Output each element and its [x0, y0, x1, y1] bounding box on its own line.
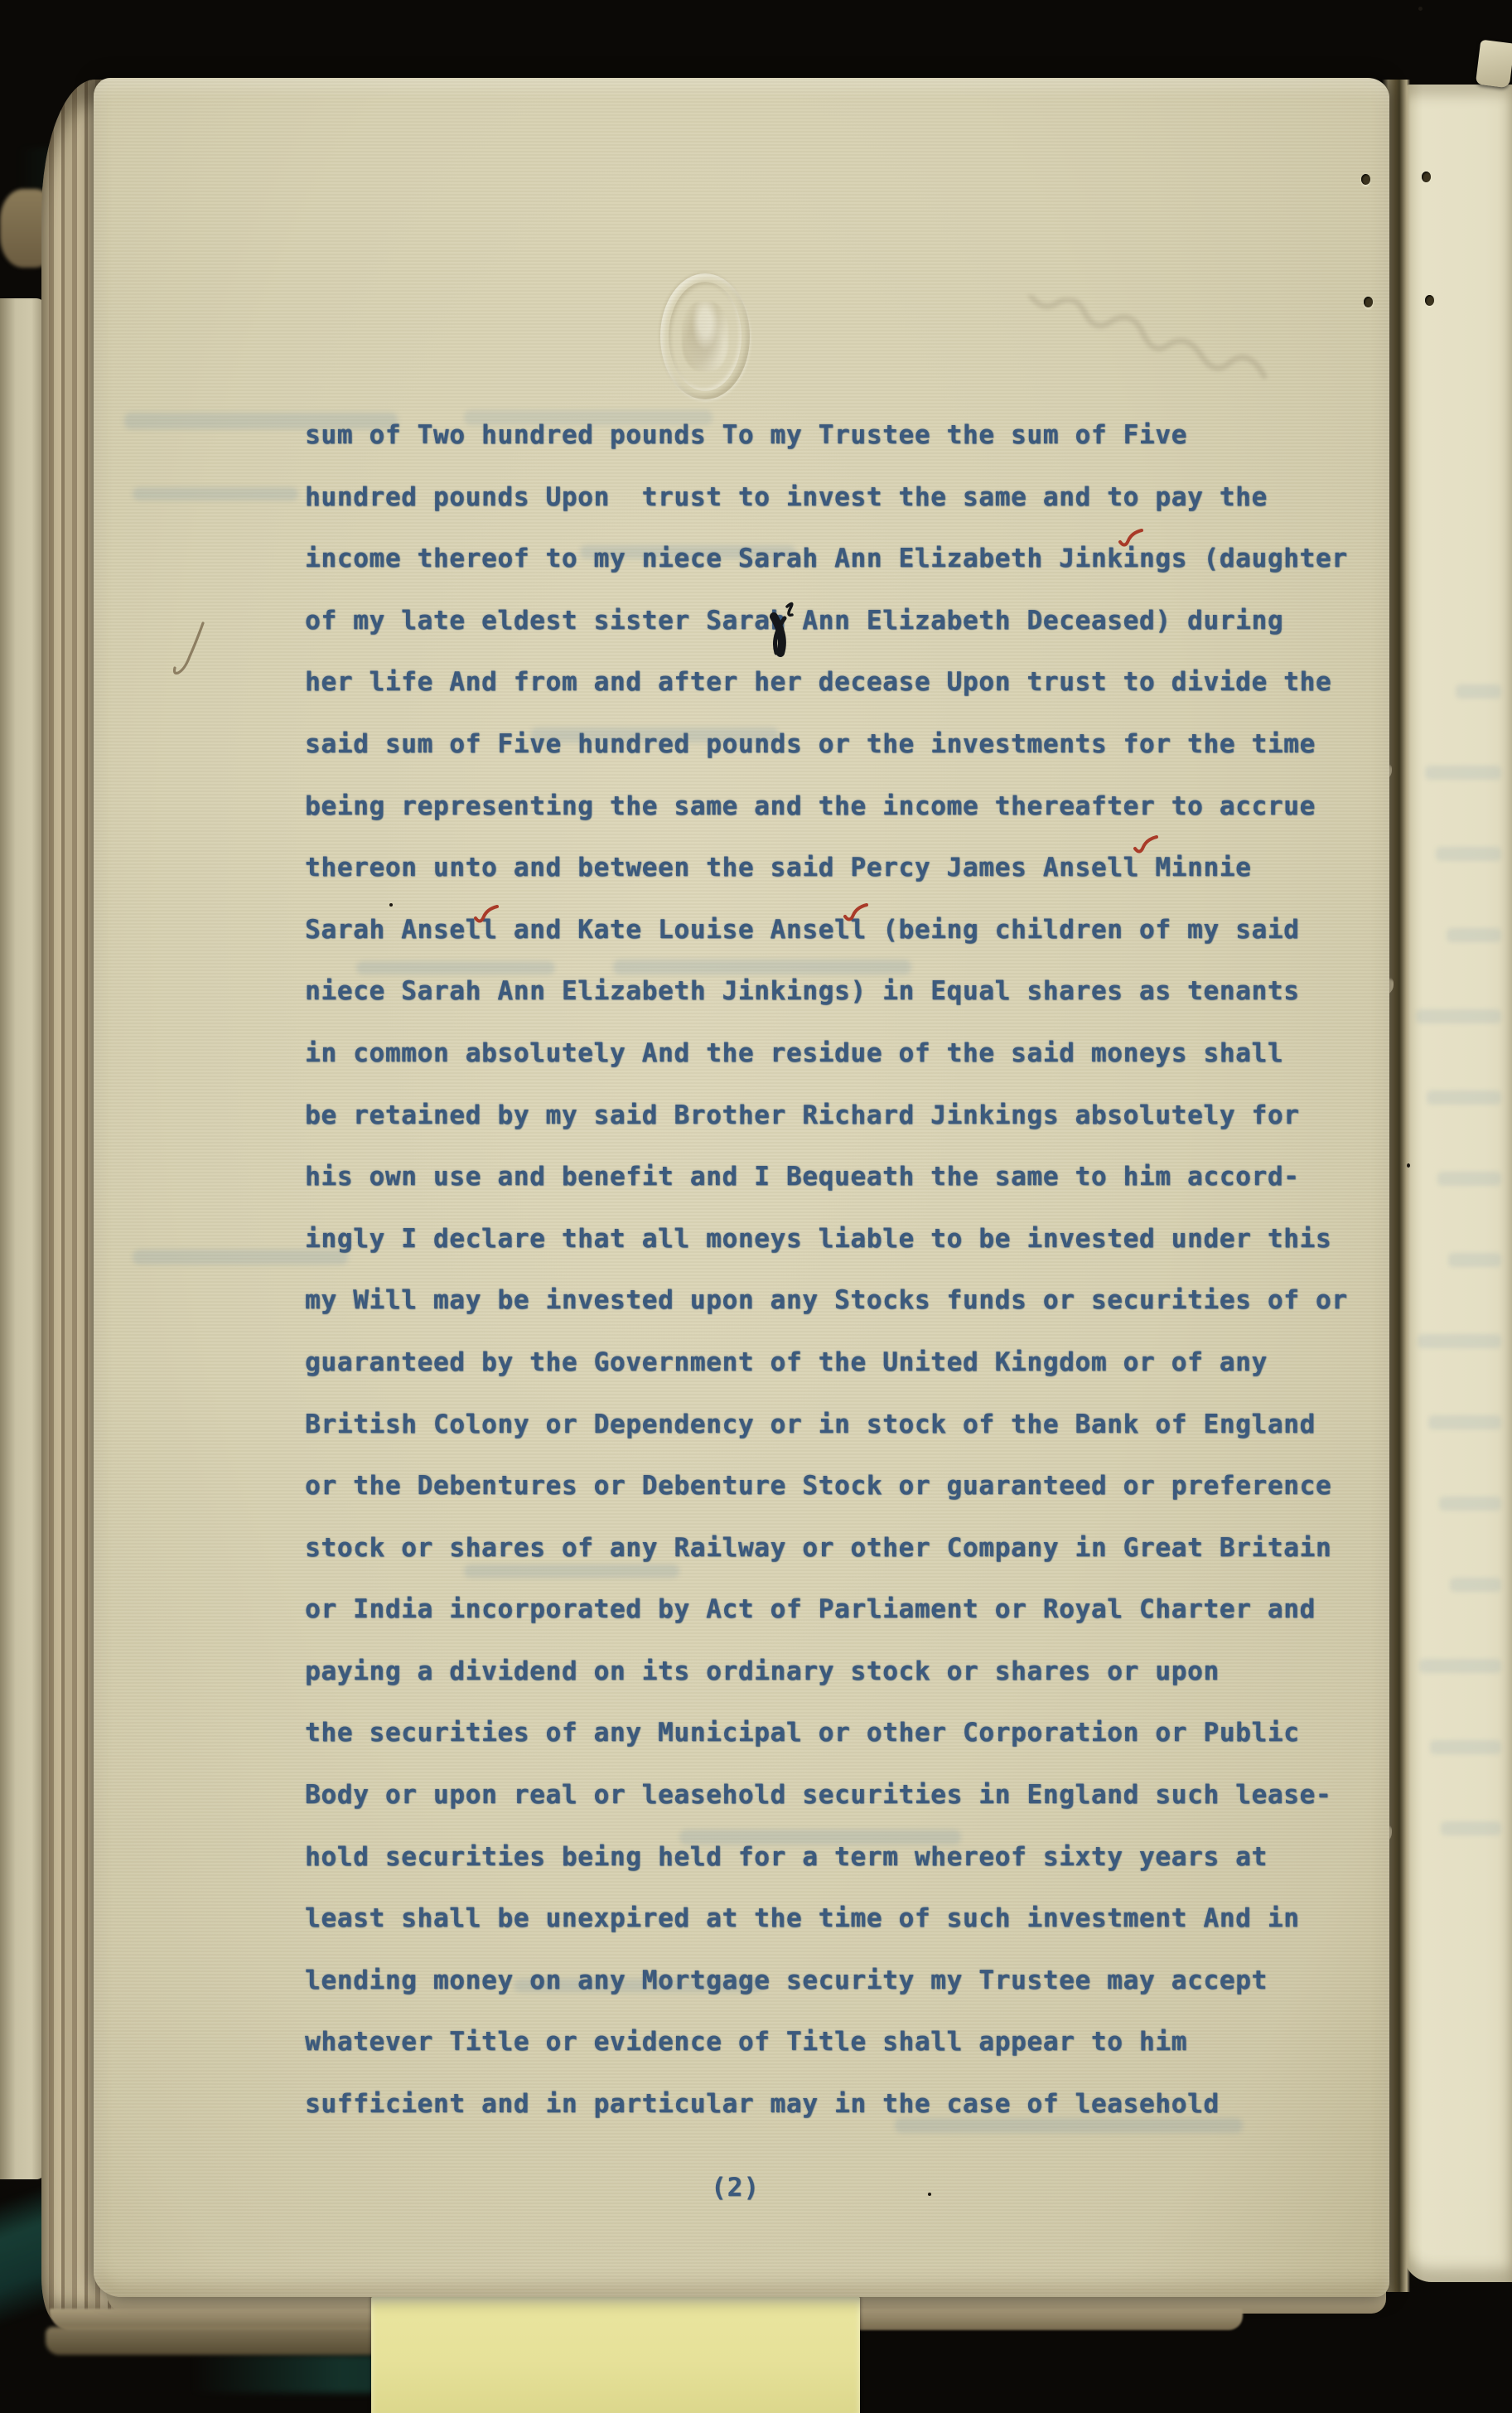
typed-line: stock or shares of any Railway or other … — [305, 1533, 1407, 1595]
typed-line: sum of Two hundred pounds To my Trustee … — [305, 420, 1407, 482]
typed-line: lending money on any Mortgage security m… — [305, 1966, 1407, 2028]
typed-line: hold securities being held for a term wh… — [305, 1842, 1407, 1904]
bleed-through-smudge — [1418, 1334, 1501, 1348]
ink-scribble-mark — [754, 600, 804, 660]
bleed-through-smudge — [1441, 1821, 1501, 1835]
bleed-through-smudge — [1439, 1497, 1501, 1511]
punch-hole — [1364, 297, 1373, 307]
typed-line: whatever Title or evidence of Title shal… — [305, 2027, 1407, 2089]
punch-hole — [1422, 172, 1431, 182]
red-tick-mark — [1132, 834, 1162, 860]
typed-line: guaranteed by the Government of the Unit… — [305, 1347, 1407, 1410]
scanned-will-page-photo: sum of Two hundred pounds To my Trustee … — [0, 0, 1512, 2413]
red-tick-mark — [1117, 527, 1147, 554]
typed-line: or India incorporated by Act of Parliame… — [305, 1594, 1407, 1656]
bleed-through-smudge — [1430, 1740, 1501, 1754]
typed-lines: sum of Two hundred pounds To my Trustee … — [305, 420, 1407, 2151]
dust-speck — [1407, 1163, 1410, 1168]
typed-line: my Will may be invested upon any Stocks … — [305, 1285, 1407, 1347]
bleed-through-smudge — [1447, 928, 1501, 942]
typed-line: British Colony or Dependency or in stock… — [305, 1410, 1407, 1472]
typed-line: sufficient and in particular may in the … — [305, 2089, 1407, 2151]
torn-paper-fragment — [1476, 40, 1512, 89]
bleed-through-smudge — [1416, 1009, 1501, 1023]
typed-line: his own use and benefit and I Bequeath t… — [305, 1162, 1407, 1224]
sticky-note — [371, 2297, 860, 2413]
dust-speck — [928, 2193, 931, 2196]
underlying-page-edge — [0, 298, 45, 2179]
red-tick-mark — [842, 902, 872, 928]
bleed-through-smudge — [1436, 847, 1501, 861]
typed-line: niece Sarah Ann Elizabeth Jinkings) in E… — [305, 976, 1407, 1038]
punch-hole — [1425, 295, 1434, 306]
bleed-through-smudge — [1437, 1172, 1501, 1186]
pencil-check-mark — [170, 620, 210, 683]
typed-line: of my late eldest sister Sarah Ann Eliza… — [305, 606, 1407, 668]
dust-speck — [1418, 7, 1423, 11]
red-tick-mark — [472, 903, 502, 930]
bleed-through-smudge — [1427, 1090, 1501, 1105]
bleed-through-smudge — [1456, 684, 1501, 699]
typed-line: said sum of Five hundred pounds or the i… — [305, 729, 1407, 791]
bleed-through-smudge — [133, 487, 298, 500]
bleed-through-smudge — [1448, 1253, 1501, 1267]
typed-line: the securities of any Municipal or other… — [305, 1718, 1407, 1780]
typed-line: be retained by my said Brother Richard J… — [305, 1100, 1407, 1163]
typed-line: her life And from and after her decease … — [305, 667, 1407, 729]
dust-speck — [389, 903, 393, 907]
typed-line: ingly I declare that all moneys liable t… — [305, 1224, 1407, 1286]
embossed-royal-seal — [660, 273, 750, 399]
bleed-through-smudge — [1419, 1659, 1501, 1673]
seal-crest — [682, 302, 728, 371]
bleed-through-smudge — [1425, 766, 1501, 780]
typed-line: paying a dividend on its ordinary stock … — [305, 1656, 1407, 1719]
page-number: (2) — [711, 2173, 760, 2203]
bleed-through-smudge — [1428, 1415, 1501, 1429]
bleed-through-smudge — [1450, 1578, 1501, 1592]
typed-line: least shall be unexpired at the time of … — [305, 1903, 1407, 1966]
typed-line: in common absolutely And the residue of … — [305, 1038, 1407, 1100]
typed-line: or the Debentures or Debenture Stock or … — [305, 1471, 1407, 1533]
typed-line: Body or upon real or leasehold securitie… — [305, 1780, 1407, 1842]
typed-line: income thereof to my niece Sarah Ann Eli… — [305, 544, 1407, 606]
punch-hole — [1361, 174, 1370, 185]
typed-line: being representing the same and the inco… — [305, 791, 1407, 853]
typed-line: hundred pounds Upon trust to invest the … — [305, 482, 1407, 544]
